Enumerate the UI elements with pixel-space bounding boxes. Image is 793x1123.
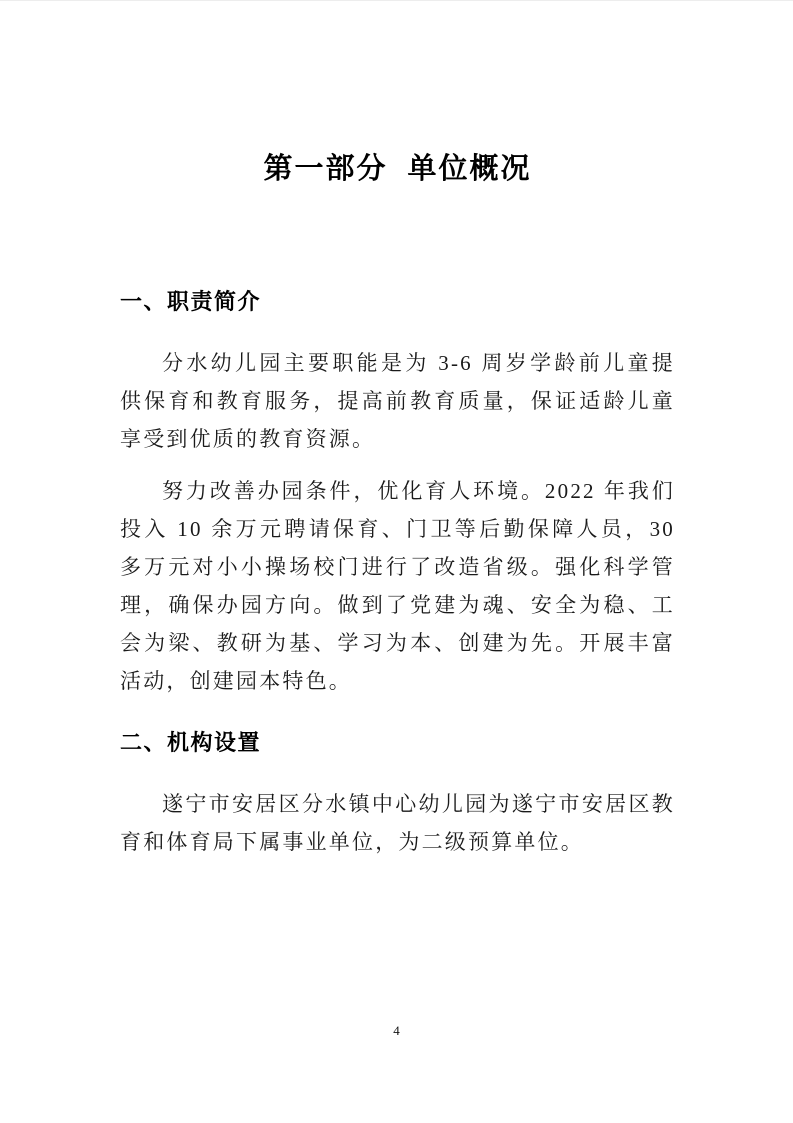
document-page: 第一部分 单位概况 一、职责简介 分水幼儿园主要职能是为 3-6 周岁学龄前儿童… bbox=[0, 0, 793, 1123]
paragraph-responsibilities-2: 努力改善办园条件，优化育人环境。2022 年我们投入 10 余万元聘请保育、门卫… bbox=[120, 472, 675, 700]
page-number: 4 bbox=[0, 1023, 793, 1039]
section-heading-responsibilities: 一、职责简介 bbox=[120, 287, 675, 317]
section-heading-organization: 二、机构设置 bbox=[120, 728, 675, 758]
paragraph-organization-1: 遂宁市安居区分水镇中心幼儿园为遂宁市安居区教育和体育局下属事业单位，为二级预算单… bbox=[120, 785, 675, 861]
document-content: 第一部分 单位概况 一、职责简介 分水幼儿园主要职能是为 3-6 周岁学龄前儿童… bbox=[0, 149, 793, 861]
page-title: 第一部分 单位概况 bbox=[120, 149, 675, 189]
paragraph-responsibilities-1: 分水幼儿园主要职能是为 3-6 周岁学龄前儿童提供保育和教育服务，提高前教育质量… bbox=[120, 344, 675, 458]
